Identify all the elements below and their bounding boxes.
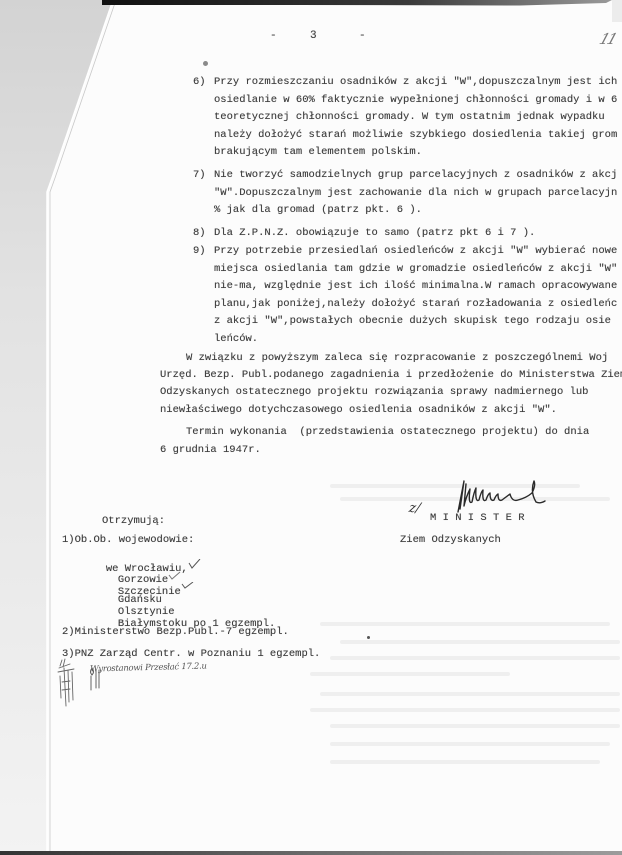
item-text-line: Nie tworzyć samodzielnych grup parcelacy… xyxy=(214,168,617,182)
item-text-line: teoretycznej chłonności gromady. W tym o… xyxy=(214,110,605,124)
ink-dot xyxy=(367,636,370,639)
item-text-line: leńców. xyxy=(214,332,258,346)
ink-dot xyxy=(203,61,208,66)
paragraph-line: niewłaściwego dotychczasowego osiedlenia… xyxy=(160,403,557,417)
page-number-dash-right: - xyxy=(359,29,366,43)
item-number: 9) xyxy=(193,244,206,258)
handwritten-initials-marks xyxy=(56,658,108,708)
item-text-line: brakującym tam elementem polskim. xyxy=(214,145,422,159)
scanned-document-page: - 3 - 11 6) Przy rozmieszczaniu osadnikó… xyxy=(0,0,622,855)
item-text-line: z akcji "W",powstałych obecnie dużych sk… xyxy=(214,314,611,328)
item-text-line: Przy rozmieszczaniu osadników z akcji "W… xyxy=(214,75,617,89)
distribution-heading: Otrzymują: xyxy=(102,514,165,528)
paragraph-line: 6 grudnia 1947r. xyxy=(160,443,261,457)
item-text-line: miejsca osiedlania tam gdzie w gromadzie… xyxy=(214,262,617,276)
item-text-line: planu,jak poniżej,należy dołożyć starań … xyxy=(214,297,617,311)
item-number: 7) xyxy=(193,168,206,182)
paragraph-line: Urzęd. Bezp. Publ.podanego zagadnienia i… xyxy=(160,368,622,382)
item-text-line: osiedlanie w 60% faktycznie wypełnionej … xyxy=(214,93,617,107)
paragraph-line: Odzyskanych ostatecznego projektu rozwią… xyxy=(160,385,588,399)
signatory-title: M I N I S T E R xyxy=(430,511,525,525)
page-number-dash-left: - xyxy=(270,29,277,43)
item-number: 6) xyxy=(193,75,206,89)
signature-scribble xyxy=(445,479,547,515)
item-text-line: nie-ma, względnie jest ich ilość minimal… xyxy=(214,279,617,293)
item-text-line: "W".Dopuszczalnym jest zachowanie dla ni… xyxy=(214,186,617,200)
item-text-line: Przy potrzebie przesiedlań osiedleńców z… xyxy=(214,244,617,258)
paragraph-line: W związku z powyższym zaleca się rozprac… xyxy=(186,351,608,365)
signatory-department: Ziem Odzyskanych xyxy=(400,533,501,547)
item-text-line: należy dołożyć starań możliwie szybkiego… xyxy=(214,128,617,142)
checkmark-icon xyxy=(181,582,194,592)
item-text-line: % jak dla gromad (patrz pkt. 6 ). xyxy=(214,203,422,217)
item-number: 8) xyxy=(193,226,206,240)
page-number: 3 xyxy=(310,29,317,43)
distribution-entry-2: 2)Ministerstwo Bezp.Publ.-7 egzempl. xyxy=(62,625,289,639)
paragraph-line: Termin wykonania (przedstawienia ostatec… xyxy=(186,425,589,439)
item-text-line: Dla Z.P.N.Z. obowiązuje to samo (patrz p… xyxy=(214,226,535,240)
